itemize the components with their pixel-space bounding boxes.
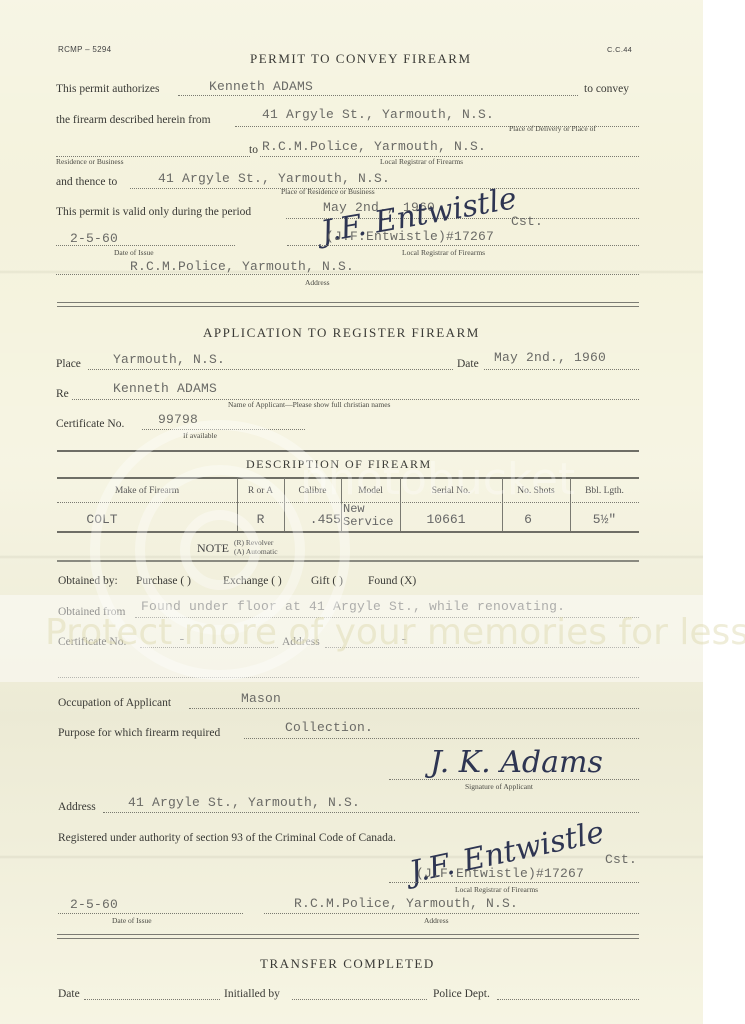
watermark-ring: [180, 510, 260, 590]
registration-address-caption: Address: [424, 916, 449, 925]
to-value: R.C.M.Police, Yarmouth, N.S.: [262, 139, 486, 154]
registration-registrar-value: (J.F.Entwistle)#17267: [416, 866, 584, 881]
valid-label: This permit is valid only during the per…: [56, 206, 251, 218]
place-line: [88, 369, 453, 370]
permit-address-value: R.C.M.Police, Yarmouth, N.S.: [130, 259, 354, 274]
date-label: Date: [457, 358, 479, 370]
cell-model-line2: Service: [343, 516, 400, 529]
address-line: [56, 274, 639, 275]
date-line: [484, 369, 639, 370]
police-dept-label: Police Dept.: [433, 988, 490, 1000]
applicant-address-label: Address: [58, 801, 96, 813]
registration-registrar-line: [389, 882, 639, 883]
authorizes-line: [178, 95, 578, 96]
option-found: Found (X): [368, 575, 416, 587]
transfer-date-label: Date: [58, 988, 80, 1000]
registrar-line: [287, 245, 639, 246]
from-label: the firearm described herein from: [56, 114, 211, 126]
from-value: 41 Argyle St., Yarmouth, N.S.: [262, 107, 494, 122]
issue-date-value: 2-5-60: [70, 231, 118, 246]
initialled-line: [292, 999, 427, 1000]
cell-serial: 10661: [400, 512, 492, 527]
fold-line: [0, 855, 703, 859]
to-label: to: [249, 144, 258, 156]
permit-rank: Cst.: [511, 214, 543, 229]
permit-address-caption: Address: [305, 278, 330, 287]
date-value: May 2nd., 1960: [494, 350, 606, 365]
transfer-date-line: [84, 999, 220, 1000]
purpose-label: Purpose for which firearm required: [58, 727, 220, 739]
thence-label: and thence to: [56, 176, 117, 188]
registration-registrar-caption: Local Registrar of Firearms: [455, 885, 538, 894]
to-convey-label: to convey: [584, 83, 629, 95]
residence-caption: Residence or Business: [56, 157, 124, 166]
authority-text: Registered under authority of section 93…: [58, 832, 396, 844]
thence-value: 41 Argyle St., Yarmouth, N.S.: [158, 171, 390, 186]
registration-address-line: [264, 913, 639, 914]
issue-date-caption: Date of Issue: [114, 248, 154, 257]
applicant-address-value: 41 Argyle St., Yarmouth, N.S.: [128, 795, 360, 810]
authorizes-label: This permit authorizes: [56, 83, 159, 95]
occupation-label: Occupation of Applicant: [58, 697, 171, 709]
watermark-banner: Protect more of your memories for less!: [45, 612, 745, 653]
occupation-value: Mason: [241, 691, 281, 706]
occupation-line: [189, 708, 639, 709]
col-barrel: Bbl. Lgth.: [570, 486, 639, 496]
registration-date-value: 2-5-60: [70, 897, 118, 912]
thence-line: [130, 188, 639, 189]
applicant-signature: J. K. Adams: [430, 745, 603, 780]
registration-address-value: R.C.M.Police, Yarmouth, N.S.: [294, 896, 518, 911]
name-caption: Name of Applicant—Please show full chris…: [228, 400, 390, 409]
police-dept-line: [497, 999, 639, 1000]
registrar-caption: Local Registrar of Firearms: [402, 248, 485, 257]
form-number: RCMP – 5294: [58, 45, 111, 54]
form-code: C.C.44: [607, 45, 632, 54]
local-registrar-caption: Local Registrar of Firearms: [380, 157, 463, 166]
application-title: APPLICATION TO REGISTER FIREARM: [203, 325, 480, 341]
initialled-label: Initialled by: [224, 988, 280, 1000]
re-value: Kenneth ADAMS: [113, 381, 217, 396]
registration-date-line: [58, 913, 243, 914]
transfer-title: TRANSFER COMPLETED: [260, 956, 435, 972]
section-divider: [57, 934, 639, 939]
applicant-address-line: [103, 812, 639, 813]
re-label: Re: [56, 388, 69, 400]
section-divider: [57, 302, 639, 307]
certificate-label: Certificate No.: [56, 418, 124, 430]
purpose-value: Collection.: [285, 720, 373, 735]
cell-model: New Service: [343, 503, 400, 529]
place-residence-caption: Place of Residence or Business: [281, 187, 375, 196]
cell-shots: 6: [502, 512, 554, 527]
place-delivery-caption: Place of Delivery or Place of: [509, 124, 596, 133]
registrar-value: (J.F.Entwistle)#17267: [326, 229, 494, 244]
document-paper: RCMP – 5294 C.C.44 PERMIT TO CONVEY FIRE…: [0, 0, 703, 1024]
registration-date-caption: Date of Issue: [112, 916, 152, 925]
permit-title: PERMIT TO CONVEY FIREARM: [250, 51, 472, 67]
cell-barrel: 5½": [570, 512, 639, 527]
authorizes-value: Kenneth ADAMS: [209, 79, 313, 94]
registration-rank: Cst.: [605, 852, 637, 867]
watermark-logo: photobucket: [300, 454, 575, 505]
place-value: Yarmouth, N.S.: [113, 352, 225, 367]
purpose-line: [244, 738, 639, 739]
signature-caption: Signature of Applicant: [465, 782, 533, 791]
place-label: Place: [56, 358, 81, 370]
